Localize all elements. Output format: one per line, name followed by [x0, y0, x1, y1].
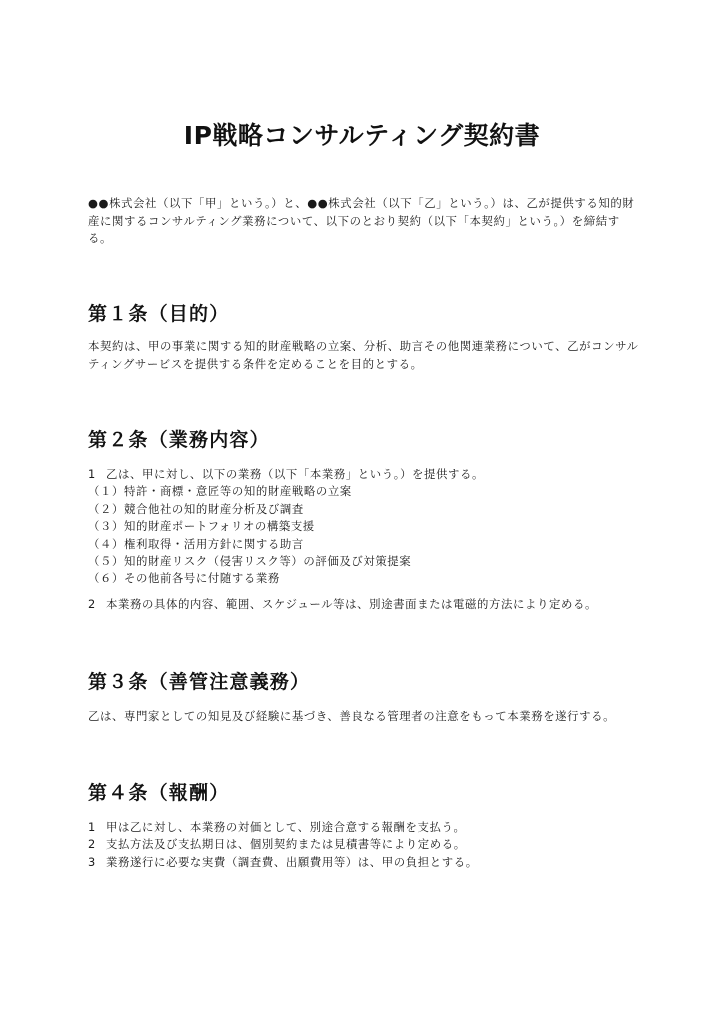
- article-2-clause-list: 1乙は、甲に対し、以下の業務（以下「本業務」という。）を提供する。 （１）特許・…: [88, 466, 648, 588]
- article-2-clause-1: 1乙は、甲に対し、以下の業務（以下「本業務」という。）を提供する。: [88, 466, 648, 483]
- article-2-heading: 第２条（業務内容）: [88, 425, 270, 452]
- article-4-clause-1: 1甲は乙に対し、本業務の対価として、別途合意する報酬を支払う。: [88, 819, 648, 836]
- clause-text: 支払方法及び支払期日は、個別契約または見積書等により定める。: [106, 837, 466, 851]
- clause-text: 甲は乙に対し、本業務の対価として、別途合意する報酬を支払う。: [106, 820, 466, 834]
- article-1-heading: 第１条（目的）: [88, 299, 229, 326]
- article-2-item-3: （３）知的財産ポートフォリオの構築支援: [88, 518, 648, 535]
- article-4-clause-3: 3業務遂行に必要な実費（調査費、出願費用等）は、甲の負担とする。: [88, 854, 648, 871]
- article-2-item-1: （１）特許・商標・意匠等の知的財産戦略の立案: [88, 483, 648, 500]
- document-title: IP戦略コンサルティング契約書: [0, 116, 724, 152]
- article-4-clause-2: 2支払方法及び支払期日は、個別契約または見積書等により定める。: [88, 836, 648, 853]
- clause-number: 2: [88, 836, 106, 853]
- article-2-item-5: （５）知的財産リスク（侵害リスク等）の評価及び対策提案: [88, 553, 648, 570]
- document-page: IP戦略コンサルティング契約書 ●●株式会社（以下「甲」という。）と、●●株式会…: [0, 0, 724, 1024]
- article-2-item-2: （２）競合他社の知的財産分析及び調査: [88, 501, 648, 518]
- clause-text: 本業務の具体的内容、範囲、スケジュール等は、別途書面または電磁的方法により定める…: [106, 597, 597, 611]
- article-1-body: 本契約は、甲の事業に関する知的財産戦略の立案、分析、助言その他関連業務について、…: [88, 338, 640, 373]
- article-3-body: 乙は、専門家としての知見及び経験に基づき、善良なる管理者の注意をもって本業務を遂…: [88, 708, 640, 726]
- clause-number: 1: [88, 819, 106, 836]
- clause-number: 3: [88, 854, 106, 871]
- article-2-item-4: （４）権利取得・活用方針に関する助言: [88, 536, 648, 553]
- clause-text: 業務遂行に必要な実費（調査費、出願費用等）は、甲の負担とする。: [106, 855, 478, 869]
- intro-paragraph: ●●株式会社（以下「甲」という。）と、●●株式会社（以下「乙」という。）は、乙が…: [88, 195, 640, 248]
- article-4-clause-list: 1甲は乙に対し、本業務の対価として、別途合意する報酬を支払う。 2支払方法及び支…: [88, 819, 648, 871]
- article-3-heading: 第３条（善管注意義務）: [88, 667, 310, 694]
- article-2-item-6: （６）その他前各号に付随する業務: [88, 570, 648, 587]
- clause-number: 2: [88, 596, 106, 614]
- article-2-clause-2: 2本業務の具体的内容、範囲、スケジュール等は、別途書面または電磁的方法により定め…: [88, 596, 640, 614]
- article-4-heading: 第４条（報酬）: [88, 778, 229, 805]
- clause-number: 1: [88, 466, 106, 483]
- clause-text: 乙は、甲に対し、以下の業務（以下「本業務」という。）を提供する。: [106, 467, 484, 481]
